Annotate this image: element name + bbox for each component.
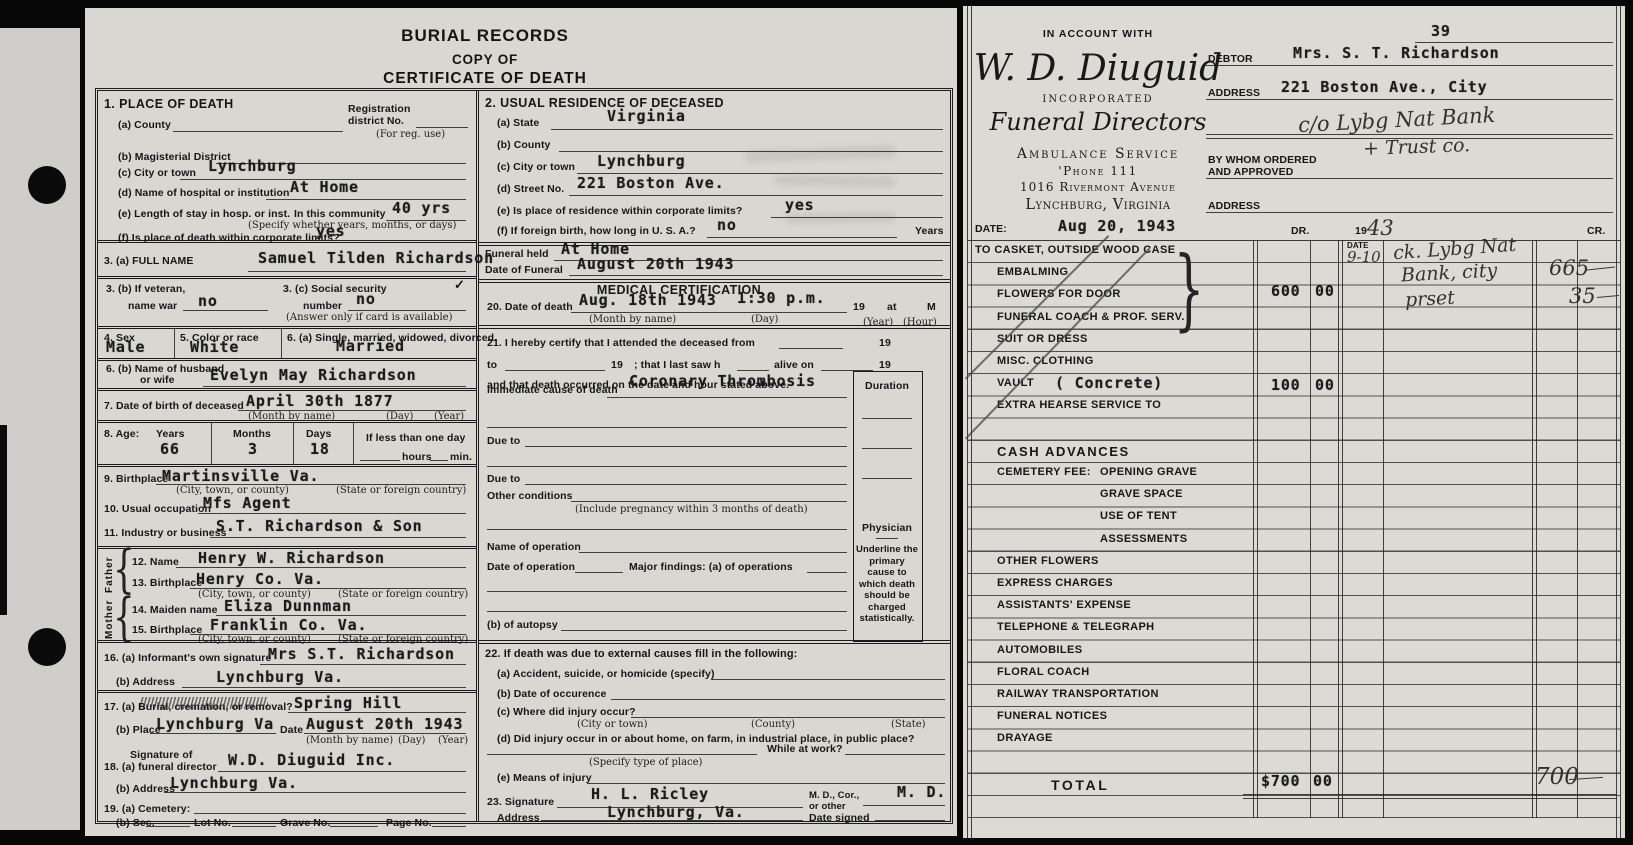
res-corporate-typed: yes — [785, 196, 815, 214]
physician-label: Physician — [854, 522, 920, 534]
rule — [210, 537, 466, 538]
rule — [487, 529, 847, 530]
md-cor-label-2: or other — [809, 801, 846, 812]
informant-typed: Mrs S.T. Richardson — [268, 645, 455, 663]
section2-heading: 2. USUAL RESIDENCE OF DECEASED — [485, 96, 724, 110]
ledger-item-label: EXTRA HEARSE SERVICE TO — [997, 399, 1161, 411]
credit-1-handwritten: 665 — [1549, 256, 1589, 280]
debit-2-typed: 100 — [1271, 376, 1301, 394]
care-of-handwritten-1: c/o Lybg Nat Bank — [1298, 103, 1496, 137]
rule — [579, 552, 847, 553]
injury-county-note: (County) — [751, 719, 795, 730]
due-to-1-label: Due to — [487, 435, 520, 447]
debtor-typed: Mrs. S. T. Richardson — [1293, 44, 1499, 62]
section-spouse: 6. (b) Name of husband or wife Evelyn Ma… — [98, 361, 476, 391]
doc-title: BURIAL RECORDS — [235, 26, 735, 46]
district-no-label: district No. — [348, 115, 404, 127]
section-veteran-ssn: 3. (b) If veteran, name war no 3. (c) So… — [98, 279, 476, 329]
veteran-label: 3. (b) If veteran, — [106, 283, 185, 295]
maiden-name-typed: Eliza Dunnman — [224, 597, 352, 615]
injury-city-note: (City or town) — [577, 719, 648, 730]
father-bp-note-2: (State or foreign country) — [338, 589, 468, 600]
section-parents: Father { 12. Name Henry W. Richardson 13… — [98, 549, 476, 643]
certify-to-label: to — [487, 359, 497, 371]
director-signature-typed: W.D. Diuguid Inc. — [228, 751, 395, 769]
rule — [183, 310, 268, 311]
section-burial: 17. (a) Burial, cremation, or removal? S… — [98, 693, 476, 821]
age-days-typed: 18 — [310, 440, 330, 458]
full-name-label: 3. (a) FULL NAME — [104, 255, 194, 267]
hospital-value-typed: At Home — [290, 178, 359, 196]
rule — [569, 275, 943, 276]
immediate-cause-label: Immediate cause of death — [487, 384, 618, 396]
burial-place-label: (b) Place — [116, 724, 161, 736]
foreign-birth-typed: no — [717, 216, 737, 234]
industry-typed: S.T. Richardson & Son — [216, 517, 422, 535]
vrule — [211, 423, 212, 464]
divider — [479, 325, 950, 329]
sex-typed: Male — [106, 338, 145, 356]
rule — [218, 771, 466, 772]
number-label: number — [303, 300, 342, 312]
hours-label: hours — [402, 451, 432, 463]
total-credit-handwritten: 700 — [1535, 764, 1579, 790]
ledger-item-label: ASSISTANTS' EXPENSE — [997, 599, 1131, 611]
certify-19c: 19 — [879, 359, 891, 371]
street-no-label: (d) Street No. — [497, 183, 564, 195]
res-city-label: (c) City or town — [497, 161, 575, 173]
where-injury-label: (c) Where did injury occur? — [497, 706, 636, 718]
rule — [1206, 65, 1613, 66]
reg-use-note: (For reg. use) — [376, 129, 445, 140]
ledger-items: TO CASKET, OUTSIDE WOOD CASEEMBALMINGFLO… — [963, 240, 1625, 818]
ssn-note: (Answer only if card is available) — [286, 312, 452, 323]
ledger-section-heading: CASH ADVANCES — [997, 444, 1130, 459]
account-number-typed: 39 — [1431, 22, 1451, 40]
rule — [430, 460, 448, 461]
burial-date-label: Date — [280, 724, 303, 736]
funeral-date-typed: August 20th 1943 — [577, 255, 734, 273]
father-name-label: 12. Name — [132, 556, 179, 568]
occupation-typed: Mfs Agent — [203, 494, 291, 512]
father-birthplace-typed: Henry Co. Va. — [196, 570, 324, 588]
rule — [194, 813, 466, 814]
rule — [416, 127, 468, 128]
rule — [487, 611, 847, 612]
grave-no-label: Grave No. — [280, 817, 331, 829]
means-of-injury-label: (e) Means of injury — [497, 772, 592, 784]
certify-19b: 19 — [611, 359, 623, 371]
vrule — [281, 329, 282, 358]
registration-label: Registration — [348, 103, 410, 115]
section1-heading: 1. PLACE OF DEATH — [104, 97, 234, 111]
birthplace-note-2: (State or foreign country) — [336, 485, 466, 496]
date-col-handwritten: 9-10 — [1347, 248, 1381, 266]
op-date-label: Date of operation — [487, 561, 575, 573]
funeral-held-label: Funeral held — [485, 248, 549, 260]
rule — [845, 754, 945, 755]
divider — [479, 242, 950, 246]
rule — [360, 460, 400, 461]
address2-label: ADDRESS — [1208, 200, 1260, 212]
length-of-stay-label: (e) Length of stay in hosp. or inst. — [118, 208, 290, 220]
veteran-typed: no — [198, 292, 218, 310]
signature-label: 23. Signature — [487, 796, 554, 808]
ledger-item-label: EXPRESS CHARGES — [997, 577, 1113, 589]
rule — [571, 501, 847, 502]
city-value-typed: Lynchburg — [208, 157, 296, 175]
rule — [875, 820, 945, 821]
birthplace-typed: Martinsville Va. — [162, 467, 319, 485]
date-typed: Aug 20, 1943 — [1058, 217, 1176, 235]
rule — [737, 370, 769, 371]
debit-1-cents-typed: 00 — [1315, 282, 1335, 300]
dr-label: DR. — [1291, 225, 1309, 237]
rule — [862, 478, 912, 479]
street-address-label: 1016 Rivermont Avenue — [993, 180, 1203, 194]
check-mark: ✓ — [454, 277, 465, 293]
mother-birthplace-typed: Franklin Co. Va. — [210, 616, 367, 634]
rule — [260, 664, 466, 665]
rule — [611, 699, 945, 700]
full-name-typed: Samuel Tilden Richardson — [258, 249, 494, 267]
director-signature-label-2: 18. (a) funeral director — [104, 761, 217, 773]
min-label: min. — [450, 451, 472, 463]
father-name-typed: Henry W. Richardson — [198, 549, 385, 567]
vrule — [174, 329, 175, 358]
immediate-cause-typed: Coronary Thrombosis — [629, 372, 816, 390]
spouse-typed: Evelyn May Richardson — [210, 366, 416, 384]
physician-city-typed: Lynchburg, Va. — [607, 803, 745, 821]
rule — [203, 386, 466, 387]
mother-brace: { — [113, 588, 135, 648]
ledger-total-label: TOTAL — [1051, 777, 1109, 793]
other-conditions-label: Other conditions — [487, 490, 573, 502]
date-signed-label: Date signed — [809, 812, 870, 824]
rule — [248, 271, 466, 272]
rule — [432, 826, 466, 827]
sec-label: (b) Sec. — [116, 817, 155, 829]
physician-note: Underline the primary cause to which dea… — [856, 544, 918, 625]
specify-note: (Specify whether years, months, or days) — [248, 220, 456, 231]
scribble-mark — [140, 697, 268, 709]
ordered-by-label-1: BY WHOM ORDERED — [1208, 154, 1317, 166]
rule — [711, 679, 945, 680]
rule — [551, 129, 943, 130]
total-debit-typed: $700 — [1261, 772, 1300, 790]
rule — [1415, 42, 1613, 43]
rule — [232, 826, 276, 827]
rule — [348, 310, 466, 311]
burial-month-note: (Month by name) — [306, 735, 393, 746]
address-label: ADDRESS — [1208, 87, 1260, 99]
in-account-with-label: IN ACCOUNT WITH — [993, 28, 1203, 40]
rule — [1206, 134, 1613, 135]
spouse-label-2: or wife — [140, 374, 175, 386]
cemetery-label: 19. (a) Cemetery: — [104, 803, 190, 815]
hole-punch-bottom — [28, 628, 66, 666]
s20-at-label: at — [887, 301, 897, 313]
account-sheet: IN ACCOUNT WITH W. D. Diuguid INCORPORAT… — [963, 6, 1625, 838]
rule — [863, 805, 945, 806]
month-note: (Month by name) — [248, 411, 335, 422]
burial-date-typed: August 20th 1943 — [306, 715, 463, 733]
rule — [288, 712, 466, 713]
rule — [569, 195, 943, 196]
ledger-item-label: TELEPHONE & TELEGRAPH — [997, 621, 1155, 633]
rule — [182, 687, 466, 688]
certify-19a: 19 — [879, 337, 891, 349]
debtor-label: DEBTOR — [1208, 53, 1253, 65]
autopsy-label: (b) of autopsy — [487, 619, 558, 631]
care-of-handwritten-2: + Trust co. — [1363, 134, 1471, 160]
occurrence-date-label: (b) Date of occurence — [497, 688, 606, 700]
total-debit-cents-typed: 00 — [1313, 772, 1333, 790]
burial-place-typed: Lynchburg Va — [156, 715, 274, 733]
rule — [561, 630, 847, 631]
state-label: (a) State — [497, 117, 539, 129]
less-than-day-label: If less than one day — [366, 432, 465, 444]
occupation-label: 10. Usual occupation — [104, 503, 211, 515]
section-birth-date: 7. Date of birth of deceased April 30th … — [98, 391, 476, 423]
accident-label: (a) Accident, suicide, or homicide (spec… — [497, 668, 715, 680]
company-name-logo: W. D. Diuguid — [973, 48, 1223, 89]
ledger-item-label: OTHER FLOWERS — [997, 555, 1099, 567]
injury-home-label: (d) Did injury occur in or about home, o… — [497, 733, 914, 745]
s20-19-label: 19 — [853, 301, 865, 313]
s20-month-note: (Month by name) — [589, 314, 676, 325]
vault-note-typed: ( Concrete) — [1055, 374, 1163, 392]
ordered-by-label-2: AND APPROVED — [1208, 166, 1293, 178]
rule — [631, 717, 945, 718]
rule — [487, 427, 847, 428]
rule — [1206, 99, 1613, 100]
years-suffix-label: Years — [915, 225, 944, 237]
underlying-page-edge — [0, 28, 80, 830]
age-label: 8. Age: — [104, 428, 139, 440]
md-cor-label-1: M. D., Cor., — [809, 790, 859, 801]
incorporated-label: INCORPORATED — [993, 94, 1203, 105]
state-typed: Virginia — [607, 107, 686, 125]
type-of-place-note: (Specify type of place) — [589, 757, 702, 768]
vrule — [293, 423, 294, 464]
in-community-label: In this community — [294, 208, 386, 220]
debit-2-cents-typed: 00 — [1315, 376, 1335, 394]
group-brace: } — [1174, 242, 1205, 335]
date-of-death-label: 20. Date of death — [487, 301, 573, 313]
rule — [525, 446, 847, 447]
maiden-name-label: 14. Maiden name — [132, 604, 218, 616]
address-typed: 221 Boston Ave., City — [1281, 78, 1487, 96]
alive-on-label: alive on — [774, 359, 814, 371]
rule — [330, 826, 378, 827]
city-or-town-label: (c) City or town — [118, 167, 196, 179]
s20-m-label: M — [927, 301, 936, 313]
rule — [173, 131, 343, 132]
rule — [771, 217, 943, 218]
md-typed: M. D. — [897, 783, 946, 801]
informant-address-typed: Lynchburg Va. — [216, 668, 344, 686]
director-address-typed: Lynchburg Va. — [170, 774, 298, 792]
rule — [146, 826, 190, 827]
age-months-typed: 3 — [248, 440, 258, 458]
certificate-right-column: 2. USUAL RESIDENCE OF DECEASED (a) State… — [479, 91, 950, 821]
rule — [525, 484, 847, 485]
major-findings-label: Major findings: (a) of operations — [629, 561, 793, 573]
page-edge-notch — [0, 425, 7, 615]
age-years-typed: 66 — [160, 440, 180, 458]
hole-punch-top — [28, 166, 66, 204]
birth-date-typed: April 30th 1877 — [246, 392, 393, 410]
res-corporate-label: (e) Is place of residence within corpora… — [497, 205, 742, 217]
debit-1-typed: 600 — [1271, 282, 1301, 300]
rule — [541, 820, 803, 821]
ledger-item-label: FUNERAL NOTICES — [997, 710, 1107, 722]
informant-address-label: (b) Address — [116, 676, 175, 688]
rule — [1206, 212, 1613, 213]
marital-typed: Married — [336, 337, 405, 355]
certificate-form-box: 1. PLACE OF DEATH Registration district … — [95, 88, 953, 824]
rule — [862, 418, 912, 419]
cr-label: CR. — [1587, 225, 1605, 237]
section-informant: 16. (a) Informant's own signature Mrs S.… — [98, 643, 476, 693]
director-signature-label-1: Signature of — [130, 749, 192, 761]
funeral-directors-logo: Funeral Directors — [973, 108, 1223, 136]
year-printed-label: 19 — [1355, 225, 1367, 237]
day-note: (Day) — [386, 411, 413, 422]
foreign-birth-label: (f) If foreign birth, how long in U. S. … — [497, 225, 696, 237]
city-state-label: Lynchburg, Virginia — [993, 197, 1203, 213]
informant-label: 16. (a) Informant's own signature — [104, 652, 271, 664]
credit-2-handwritten: 35 — [1569, 284, 1596, 308]
ledger-item-label: FLORAL COACH — [997, 666, 1090, 678]
pregnancy-note: (Include pregnancy within 3 months of de… — [575, 504, 808, 515]
ledger-item-label: OPENING GRAVE — [1100, 466, 1197, 478]
director-address-label: (b) Address — [116, 783, 175, 795]
rule — [575, 572, 623, 573]
rule — [310, 240, 466, 241]
rule — [607, 397, 847, 398]
last-saw-label: ; that I last saw h — [634, 359, 721, 371]
community-years-typed: 40 yrs — [392, 199, 451, 217]
date-label: DATE: — [975, 223, 1007, 235]
burial-typed: Spring Hill — [294, 694, 402, 712]
certify-line-1: 21. I hereby certify that I attended the… — [487, 337, 755, 349]
lot-no-label: Lot No. — [194, 817, 231, 829]
days-label: Days — [306, 428, 332, 440]
rule — [487, 754, 757, 755]
divider — [479, 640, 950, 644]
ledger-item-label: EMBALMING — [997, 266, 1068, 278]
ledger-item-label: AUTOMOBILES — [997, 644, 1082, 656]
ledger-item-label: DRAYAGE — [997, 732, 1053, 744]
rule — [176, 567, 466, 568]
certificate-left-column: 1. PLACE OF DEATH Registration district … — [98, 91, 479, 821]
rule — [304, 733, 466, 734]
doc-subtitle-1: COPY OF — [235, 52, 735, 67]
rule — [707, 237, 897, 238]
ledger-item-label: USE OF TENT — [1100, 510, 1177, 522]
rule — [571, 312, 847, 313]
rule — [505, 370, 605, 371]
due-to-2-label: Due to — [487, 473, 520, 485]
funeral-date-label: Date of Funeral — [485, 264, 563, 276]
hospital-label: (d) Name of hospital or institution — [118, 187, 290, 199]
name-war-label: name war — [128, 300, 177, 312]
time-of-death-typed: 1:30 p.m. — [737, 289, 825, 307]
rule — [1206, 178, 1613, 179]
ledger-item-label: ASSESSMENTS — [1100, 533, 1188, 545]
res-city-typed: Lynchburg — [597, 152, 685, 170]
burial-day-note: (Day) — [398, 735, 425, 746]
op-name-label: Name of operation — [487, 541, 581, 553]
rule — [487, 591, 847, 592]
section-place-of-death: 1. PLACE OF DEATH Registration district … — [98, 91, 476, 243]
county-label: (a) County — [118, 119, 171, 131]
burial-year-note: (Year) — [438, 735, 468, 746]
physician-signature-typed: H. L. Ricley — [591, 785, 709, 803]
sig-address-label: Address — [497, 812, 540, 824]
corporate-limits-typed: yes — [316, 222, 346, 240]
external-causes-heading: 22. If death was due to external causes … — [485, 648, 797, 660]
rule — [150, 733, 276, 734]
rule — [198, 513, 466, 514]
date-of-death-typed: Aug. 18th 1943 — [579, 291, 717, 309]
rule — [779, 348, 843, 349]
months-label: Months — [233, 428, 271, 440]
rule — [487, 466, 847, 467]
res-county-label: (b) County — [497, 139, 551, 151]
doc-subtitle-2: CERTIFICATE OF DEATH — [235, 70, 735, 88]
rule — [807, 572, 847, 573]
ledger-item-label: CEMETERY FEE: — [997, 466, 1091, 478]
ambulance-service-label: Ambulance Service — [993, 146, 1203, 162]
duration-box: Duration Physician Underline the primary… — [853, 371, 923, 642]
injury-state-note: (State) — [891, 719, 926, 730]
rule — [587, 783, 945, 784]
duration-label: Duration — [854, 380, 920, 392]
section-birthplace-occupation: 9. Birthplace Martinsville Va. (City, to… — [98, 467, 476, 549]
year-note: (Year) — [434, 411, 464, 422]
while-at-work-label: While at work? — [767, 743, 843, 755]
birth-date-label: 7. Date of birth of deceased — [104, 400, 244, 412]
section-age: 8. Age: Years 66 Months 3 Days 18 If les… — [98, 423, 476, 467]
rule — [876, 538, 898, 539]
years-label: Years — [156, 428, 185, 440]
ledger-note-3: prset — [1404, 287, 1455, 312]
s20-day-note: (Day) — [751, 314, 778, 325]
rule — [164, 792, 466, 793]
ledger-item-label: RAILWAY TRANSPORTATION — [997, 688, 1159, 700]
race-typed: White — [190, 338, 239, 356]
phone-label: 'Phone 111 — [993, 164, 1203, 178]
page-no-label: Page No. — [386, 817, 432, 829]
year-handwritten: 43 — [1367, 216, 1394, 240]
street-no-typed: 221 Boston Ave. — [577, 174, 724, 192]
certificate-sheet: BURIAL RECORDS COPY OF CERTIFICATE OF DE… — [85, 8, 957, 836]
industry-label: 11. Industry or business — [104, 527, 227, 539]
ledger-item-label: GRAVE SPACE — [1100, 488, 1183, 500]
ssn-typed: no — [356, 290, 376, 308]
section-full-name: 3. (a) FULL NAME Samuel Tilden Richardso… — [98, 243, 476, 279]
rule — [862, 448, 912, 449]
vrule — [353, 423, 354, 464]
section-sex-race-marital: 4. Sex Male 5. Color or race White 6. (a… — [98, 329, 476, 361]
